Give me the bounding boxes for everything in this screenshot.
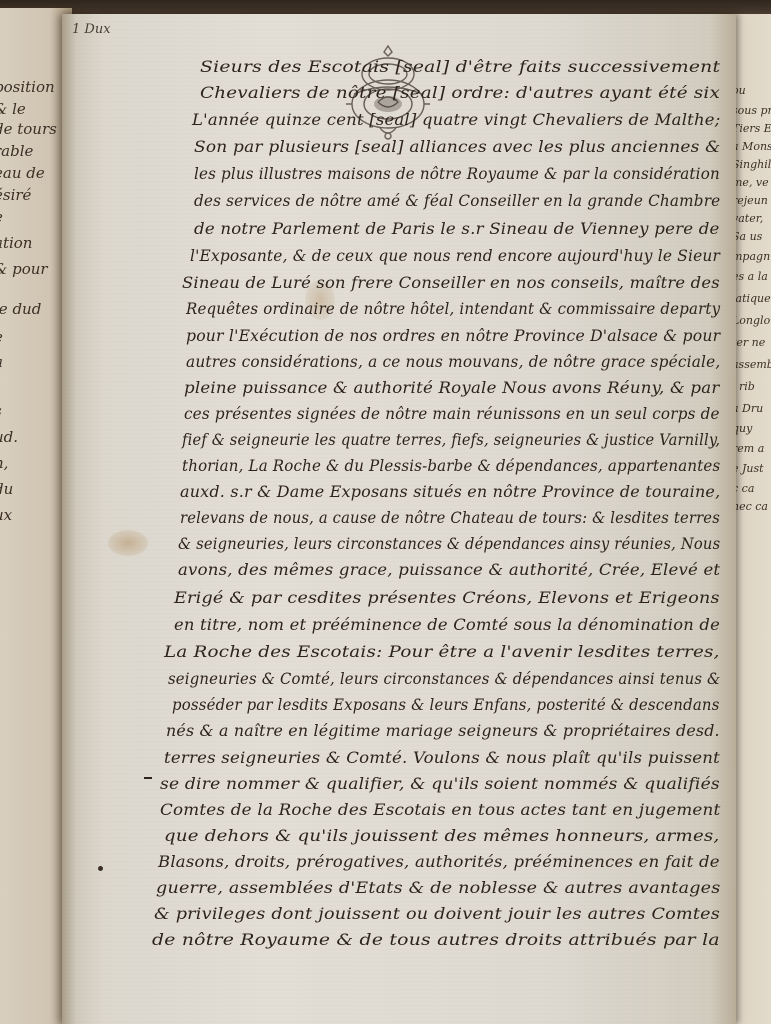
text-line: Requêtes ordinaire de nôtre hôtel, inten… bbox=[186, 300, 720, 318]
text-line: auxd. s.r & Dame Exposans situés en nôtr… bbox=[180, 483, 720, 501]
text-line: posséder par lesdits Exposans & leurs En… bbox=[172, 696, 720, 714]
text-line: seigneuries & Comté, leurs circonstances… bbox=[168, 670, 720, 688]
text-line: pleine puissance & authorité Royale Nous… bbox=[184, 379, 719, 397]
text-line: Sieurs des Escotais [seal] d'être faits … bbox=[200, 58, 720, 76]
text-line: fief & seigneurie les quatre terres, fie… bbox=[182, 431, 720, 449]
text-line: Sineau de Luré son frere Conseiller en n… bbox=[182, 274, 720, 292]
margin-dash bbox=[144, 777, 152, 779]
text-line: Comtes de la Roche des Escotais en tous … bbox=[160, 801, 720, 819]
text-line: & privileges dont jouissent ou doivent j… bbox=[154, 905, 720, 923]
text-line: se dire nommer & qualifier, & qu'ils soi… bbox=[160, 775, 720, 793]
text-line: que dehors & qu'ils jouissent des mêmes … bbox=[164, 827, 719, 845]
text-line: en titre, nom et prééminence de Comté so… bbox=[174, 616, 720, 634]
text-line: Chevaliers de nôtre [seal] ordre: d'autr… bbox=[200, 84, 720, 102]
text-line: de nôtre Royaume & de tous autres droits… bbox=[152, 931, 720, 949]
text-line: Blasons, droits, prérogatives, authorité… bbox=[158, 853, 720, 871]
text-line: nés & a naître en légitime mariage seign… bbox=[166, 722, 720, 740]
text-line: Erigé & par cesdites présentes Créons, E… bbox=[174, 589, 720, 607]
text-line: relevans de nous, a cause de nôtre Chate… bbox=[180, 509, 720, 527]
text-line: guerre, assemblées d'Etats & de noblesse… bbox=[156, 879, 720, 897]
manuscript-text: Sieurs des Escotais [seal] d'être faits … bbox=[0, 0, 771, 1024]
text-line: La Roche des Escotais: Pour être a l'ave… bbox=[164, 643, 720, 661]
text-line: de notre Parlement de Paris le s.r Sinea… bbox=[194, 220, 720, 238]
text-line: Son par plusieurs [seal] alliances avec … bbox=[194, 138, 720, 156]
text-line: l'Exposante, & de ceux que nous rend enc… bbox=[190, 247, 720, 265]
text-line: pour l'Exécution de nos ordres en nôtre … bbox=[186, 327, 720, 345]
text-line: autres considérations, a ce nous mouvans… bbox=[186, 353, 720, 371]
ink-dot bbox=[98, 866, 103, 871]
text-line: L'année quinze cent [seal] quatre vingt … bbox=[192, 111, 720, 129]
text-line: terres seigneuries & Comté. Voulons & no… bbox=[164, 749, 720, 767]
text-line: des services de nôtre amé & féal Conseil… bbox=[194, 192, 720, 210]
text-line: & seigneuries, leurs circonstances & dép… bbox=[178, 535, 720, 553]
text-line: avons, des mêmes grace, puissance & auth… bbox=[178, 561, 720, 579]
text-line: ces présentes signées de nôtre main réun… bbox=[184, 405, 720, 423]
text-line: thorian, La Roche & du Plessis-barbe & d… bbox=[182, 457, 720, 475]
text-line: les plus illustres maisons de nôtre Roya… bbox=[194, 165, 720, 183]
